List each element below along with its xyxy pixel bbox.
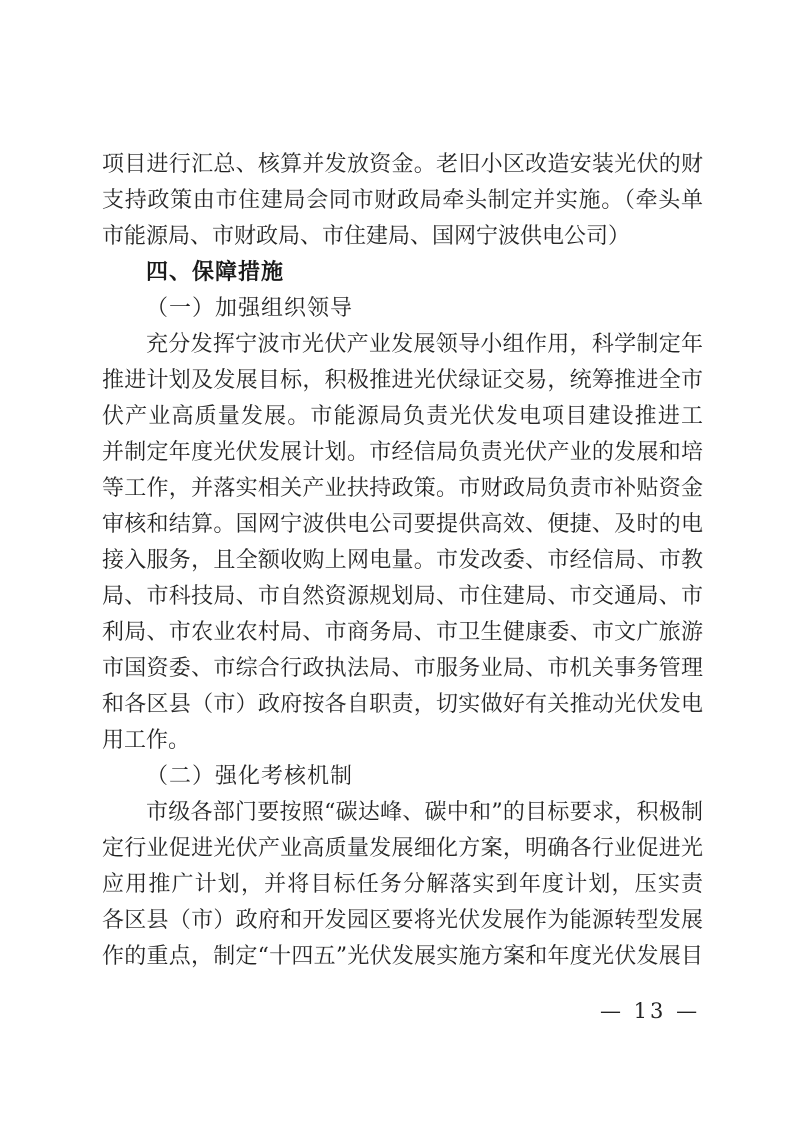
text-line: 应用推广计划，并将目标任务分解落实到年度计划，压实责任。	[102, 867, 703, 903]
text-line: 接入服务，且全额收购上网电量。市发改委、市经信局、市教育	[102, 543, 703, 579]
text-line: 定行业促进光伏产业高质量发展细化方案，明确各行业促进光伏	[102, 831, 703, 867]
text-line: 利局、市农业农村局、市商务局、市卫生健康委、市文广旅游局、	[102, 615, 703, 651]
subsection-heading: （一）加强组织领导	[102, 291, 703, 327]
text-line: 作的重点，制定“十四五”光伏发展实施方案和年度光伏发展目	[102, 939, 703, 975]
subsection-heading: （二）强化考核机制	[102, 759, 703, 795]
page-number-text: — 13 —	[600, 999, 700, 1023]
text-line: 市国资委、市综合行政执法局、市服务业局、市机关事务管理局	[102, 651, 703, 687]
paragraph: 充分发挥宁波市光伏产业发展领导小组作用，科学制定年度推进计划及发展目标，积极推进…	[102, 327, 703, 759]
text-line: 并制定年度光伏发展计划。市经信局负责光伏产业的发展和培育	[102, 435, 703, 471]
text-line: 审核和结算。国网宁波供电公司要提供高效、便捷、及时的电网	[102, 507, 703, 543]
text-line: 各区县（市）政府和开发园区要将光伏发展作为能源转型发展工	[102, 903, 703, 939]
paragraph: 项目进行汇总、核算并发放资金。老旧小区改造安装光伏的财政支持政策由市住建局会同市…	[102, 147, 703, 255]
text-line: 市级各部门要按照“碳达峰、碳中和”的目标要求，积极制	[102, 795, 703, 831]
text-line: 等工作，并落实相关产业扶持政策。市财政局负责市补贴资金的	[102, 471, 703, 507]
text-line: 项目进行汇总、核算并发放资金。老旧小区改造安装光伏的财政	[102, 147, 703, 183]
document-page: 项目进行汇总、核算并发放资金。老旧小区改造安装光伏的财政支持政策由市住建局会同市…	[0, 0, 794, 1123]
document-body: 项目进行汇总、核算并发放资金。老旧小区改造安装光伏的财政支持政策由市住建局会同市…	[102, 147, 703, 975]
text-line: 伏产业高质量发展。市能源局负责光伏发电项目建设推进工作，	[102, 399, 703, 435]
text-line: 充分发挥宁波市光伏产业发展领导小组作用，科学制定年度	[102, 327, 703, 363]
text-line: 和各区县（市）政府按各自职责，切实做好有关推动光伏发电应	[102, 687, 703, 723]
text-line: 用工作。	[102, 723, 703, 759]
text-line: 市能源局、市财政局、市住建局、国网宁波供电公司）	[102, 219, 703, 255]
text-line: 推进计划及发展目标，积极推进光伏绿证交易，统筹推进全市光	[102, 363, 703, 399]
text-line: 局、市科技局、市自然资源规划局、市住建局、市交通局、市水	[102, 579, 703, 615]
section-heading: 四、保障措施	[102, 255, 703, 291]
text-line: 支持政策由市住建局会同市财政局牵头制定并实施。（牵头单位：	[102, 183, 703, 219]
paragraph: 市级各部门要按照“碳达峰、碳中和”的目标要求，积极制定行业促进光伏产业高质量发展…	[102, 795, 703, 975]
page-number: — 13 —	[600, 999, 700, 1023]
